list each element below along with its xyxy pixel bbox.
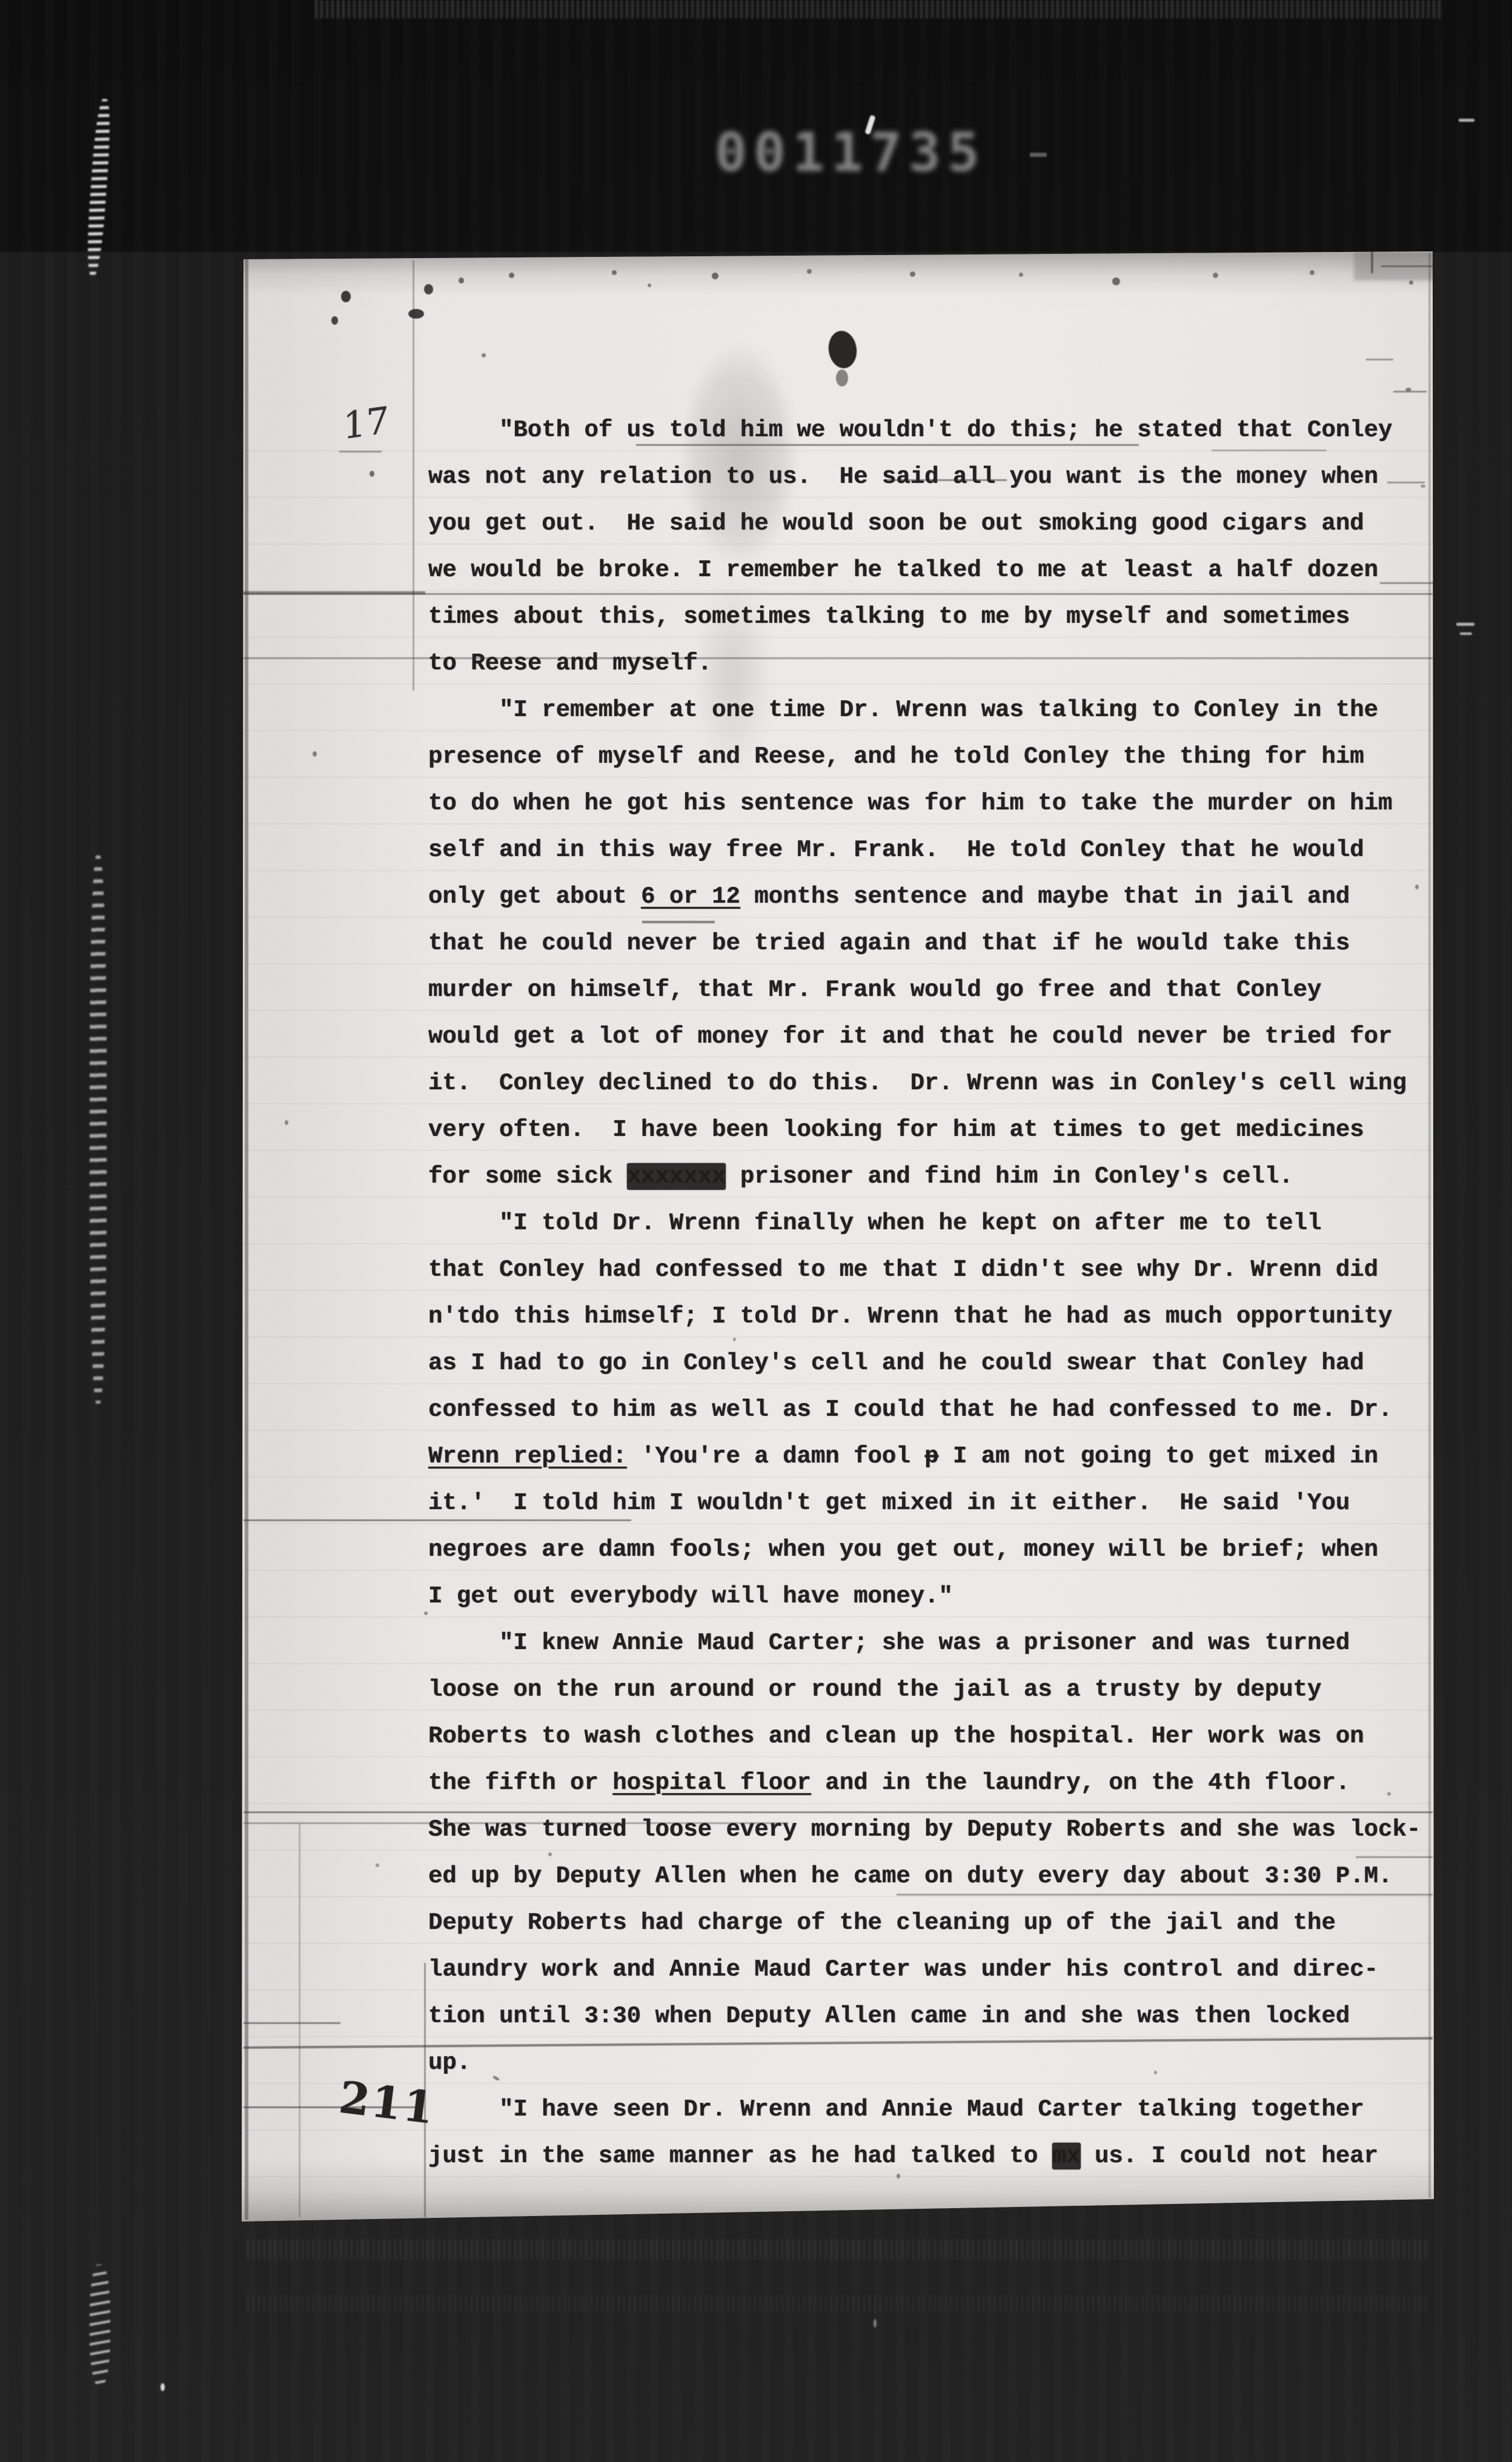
text-segment: "I told Dr. Wrenn finally when he kept o…: [428, 1210, 1321, 1236]
ink-speck: [807, 269, 812, 274]
text-segment: 'You're a damn fool ᵽ I am not going to …: [627, 1443, 1378, 1470]
text-segment: for some sick: [428, 1163, 627, 1190]
ink-speck: [1213, 273, 1218, 278]
ink-speck: [1154, 2071, 1157, 2074]
text-segment: "Both of us told him we wouldn't do this…: [428, 417, 1392, 443]
scan-artifact-line: [244, 2037, 1433, 2049]
text-segment: as I had to go in Conley's cell and he c…: [428, 1350, 1364, 1376]
text-segment: times about this, sometimes talking to m…: [428, 603, 1350, 630]
text-line: "I have seen Dr. Wrenn and Annie Maud Ca…: [428, 2086, 1421, 2133]
ink-speck: [897, 2174, 900, 2178]
ink-speck: [459, 277, 464, 284]
ink-speck: [1387, 1792, 1391, 1796]
underlined-text: hospital floor: [612, 1770, 811, 1796]
scan-artifact-line: [1366, 359, 1393, 360]
ink-speck: [492, 2075, 500, 2081]
text-line: it. Conley declined to do this. Dr. Wren…: [428, 1060, 1421, 1107]
text-segment: She was turned loose every morning by De…: [428, 1816, 1421, 1843]
text-segment: would get a lot of money for it and that…: [428, 1023, 1392, 1050]
ink-speck: [826, 329, 859, 370]
text-line: I get out everybody will have money.": [428, 1573, 1421, 1620]
scan-artifact-line: [1380, 582, 1433, 584]
scan-artifact-line: [339, 451, 382, 453]
ink-speck: [712, 273, 718, 279]
text-line: tion until 3:30 when Deputy Allen came i…: [428, 1993, 1421, 2040]
ink-speck: [509, 273, 514, 278]
text-line: to Reese and myself.: [428, 640, 1421, 687]
text-line: confessed to him as well as I could that…: [428, 1387, 1421, 1433]
scan-artifact-line: [642, 921, 715, 923]
text-segment: presence of myself and Reese, and he tol…: [428, 743, 1364, 770]
page-number-stamp: 211: [336, 2071, 438, 2134]
text-line: Wrenn replied: 'You're a damn fool ᵽ I a…: [428, 1433, 1421, 1480]
scan-artifact-line: [244, 2106, 419, 2108]
ink-speck: [733, 1338, 736, 1341]
platen-row-lines: [244, 405, 1433, 2192]
text-line: times about this, sometimes talking to m…: [428, 594, 1421, 640]
underlined-text: 6 or 12: [641, 883, 740, 910]
text-segment: confessed to him as well as I could that…: [428, 1396, 1392, 1423]
text-line: Roberts to wash clothes and clean up the…: [428, 1713, 1421, 1760]
text-line: you get out. He said he would soon be ou…: [428, 500, 1421, 547]
ink-speck: [313, 751, 317, 757]
text-line: "I remember at one time Dr. Wrenn was ta…: [428, 687, 1421, 734]
text-line: for some sick xxxxxxx prisoner and find …: [428, 1153, 1421, 1200]
scan-artifact-line: [244, 1519, 631, 1521]
text-line: presence of myself and Reese, and he tol…: [428, 734, 1421, 780]
scan-artifact-line: [897, 1894, 1433, 1896]
scan-artifact-line: [886, 479, 1007, 481]
text-line: the fifth or hospital floor and in the l…: [428, 1760, 1421, 1807]
film-grain-strip: [315, 0, 1442, 18]
ink-speck: [836, 370, 848, 387]
text-line: self and in this way free Mr. Frank. He …: [428, 827, 1421, 874]
ink-speck: [1409, 280, 1413, 285]
text-line: very often. I have been looking for him …: [428, 1107, 1421, 1153]
microfilm-frame: 0011735 17 211 "Both of us told him we w…: [0, 0, 1512, 2462]
ink-speck: [331, 316, 338, 325]
struck-out-word: mx: [1052, 2143, 1081, 2169]
film-edge-mark: [1460, 632, 1472, 635]
ink-speck: [648, 284, 651, 287]
ink-speck: [424, 1611, 428, 1615]
text-segment: self and in this way free Mr. Frank. He …: [428, 837, 1364, 863]
text-segment: to Reese and myself.: [428, 650, 712, 677]
text-segment: "I knew Annie Maud Carter; she was a pri…: [428, 1630, 1350, 1656]
scan-artifact-line: [1356, 1856, 1433, 1858]
text-line: "Both of us told him we wouldn't do this…: [428, 407, 1421, 454]
ink-speck: [1421, 485, 1425, 488]
scan-artifact-line: [299, 1823, 300, 2217]
film-edge-mark: [1030, 153, 1047, 157]
ink-speck: [376, 1863, 379, 1867]
text-line: up.: [428, 2040, 1421, 2086]
scan-artifact-line: [1393, 391, 1427, 393]
text-segment: it.' I told him I wouldn't get mixed in …: [428, 1490, 1350, 1516]
text-segment: us. I could not hear: [1081, 2143, 1378, 2169]
ink-speck: [1405, 388, 1411, 391]
text-line: would get a lot of money for it and that…: [428, 1014, 1421, 1060]
text-segment: laundry work and Annie Maud Carter was u…: [428, 1956, 1378, 1983]
ink-speck: [1415, 884, 1419, 889]
text-line: as I had to go in Conley's cell and he c…: [428, 1340, 1421, 1387]
ink-speck: [1019, 273, 1023, 277]
scan-artifact-line: [244, 591, 425, 594]
text-segment: was not any relation to us. He said all …: [428, 463, 1378, 490]
film-speck: [161, 2383, 165, 2391]
film-edge-mark: [1456, 623, 1474, 626]
paper-grain: [241, 251, 1436, 2223]
text-segment: negroes are damn fools; when you get out…: [428, 1536, 1378, 1563]
text-segment: just in the same manner as he had talked…: [428, 2143, 1052, 2169]
text-segment: prisoner and find him in Conley's cell.: [726, 1163, 1293, 1190]
text-line: murder on himself, that Mr. Frank would …: [428, 967, 1421, 1014]
text-segment: loose on the run around or round the jai…: [428, 1676, 1321, 1703]
ink-speck: [612, 270, 617, 275]
text-line: "I told Dr. Wrenn finally when he kept o…: [428, 1200, 1421, 1247]
text-segment: the fifth or: [428, 1770, 612, 1796]
text-line: Deputy Roberts had charge of the cleanin…: [428, 1900, 1421, 1946]
scan-artifact-line: [245, 259, 248, 2220]
film-speck: [874, 2319, 877, 2328]
text-line: ed up by Deputy Allen when he came on du…: [428, 1853, 1421, 1900]
ink-speck: [910, 271, 915, 277]
text-line: that Conley had confessed to me that I d…: [428, 1247, 1421, 1293]
underlined-text: Wrenn replied:: [428, 1443, 627, 1470]
text-segment: n'tdo this himself; I told Dr. Wrenn tha…: [428, 1303, 1392, 1330]
paper-shading: [1354, 251, 1436, 280]
ink-speck: [548, 1853, 552, 1856]
text-line: just in the same manner as he had talked…: [428, 2133, 1421, 2180]
text-segment: only get about: [428, 883, 641, 910]
text-line: "I knew Annie Maud Carter; she was a pri…: [428, 1620, 1421, 1667]
text-segment: "I have seen Dr. Wrenn and Annie Maud Ca…: [428, 2096, 1364, 2123]
text-segment: "I remember at one time Dr. Wrenn was ta…: [428, 697, 1378, 723]
text-line: was not any relation to us. He said all …: [428, 454, 1421, 500]
ink-speck: [1112, 277, 1120, 285]
margin-annotation: 17: [343, 399, 389, 448]
text-segment: I get out everybody will have money.": [428, 1583, 953, 1610]
text-line: that he could never be tried again and t…: [428, 920, 1421, 967]
scan-artifact-line: [244, 1811, 1433, 1813]
text-segment: Roberts to wash clothes and clean up the…: [428, 1723, 1364, 1750]
ink-speck: [1310, 270, 1315, 275]
text-segment: ed up by Deputy Allen when he came on du…: [428, 1863, 1392, 1890]
text-segment: we would be broke. I remember he talked …: [428, 557, 1378, 583]
text-segment: and in the laundry, on the 4th floor.: [811, 1770, 1350, 1796]
text-segment: that Conley had confessed to me that I d…: [428, 1256, 1378, 1283]
text-line: laundry work and Annie Maud Carter was u…: [428, 1946, 1421, 1993]
film-scratch: [90, 2265, 110, 2386]
scan-artifact-line: [244, 593, 1433, 595]
text-line: negroes are damn fools; when you get out…: [428, 1527, 1421, 1573]
frame-number-stamp: 0011735: [715, 121, 986, 184]
bleed-through-text: [247, 2239, 1430, 2260]
ink-speck: [408, 309, 424, 319]
text-line: loose on the run around or round the jai…: [428, 1667, 1421, 1713]
ink-speck: [424, 284, 433, 294]
struck-out-word: xxxxxxx: [627, 1163, 726, 1190]
photo-smudge: [660, 336, 818, 633]
film-edge-mark: [1459, 119, 1474, 122]
scan-artifact-line: [244, 1822, 789, 1824]
scan-artifact-line: [244, 2022, 340, 2024]
scan-artifact-line: [244, 657, 1433, 659]
text-segment: very often. I have been looking for him …: [428, 1117, 1364, 1143]
ink-speck: [341, 291, 351, 302]
scan-artifact-line: [636, 444, 1139, 446]
photo-smudge: [681, 545, 784, 806]
bleed-through-text: [247, 2295, 1430, 2312]
text-segment: murder on himself, that Mr. Frank would …: [428, 977, 1321, 1003]
text-line: it.' I told him I wouldn't get mixed in …: [428, 1480, 1421, 1527]
text-segment: to do when he got his sentence was for h…: [428, 790, 1392, 817]
text-segment: months sentence and maybe that in jail a…: [740, 883, 1350, 910]
scan-artifact-line: [1428, 253, 1431, 2198]
text-segment: tion until 3:30 when Deputy Allen came i…: [428, 2003, 1350, 2029]
text-segment: Deputy Roberts had charge of the cleanin…: [428, 1910, 1336, 1936]
ink-speck: [285, 1120, 288, 1125]
ink-speck: [370, 471, 374, 477]
ink-speck: [482, 353, 486, 357]
scan-artifact-line: [1371, 250, 1373, 273]
scan-artifact-line: [424, 1963, 426, 2217]
text-line: She was turned loose every morning by De…: [428, 1807, 1421, 1853]
scan-artifact-line: [1381, 265, 1433, 267]
scan-artifact-line: [1387, 482, 1425, 483]
text-segment: up.: [428, 2049, 471, 2076]
text-line: we would be broke. I remember he talked …: [428, 547, 1421, 594]
text-line: to do when he got his sentence was for h…: [428, 780, 1421, 827]
scan-artifact-line: [1212, 450, 1327, 451]
typewritten-text: "Both of us told him we wouldn't do this…: [428, 407, 1421, 2180]
text-segment: that he could never be tried again and t…: [428, 930, 1350, 957]
text-line: only get about 6 or 12 months sentence a…: [428, 874, 1421, 920]
text-line: n'tdo this himself; I told Dr. Wrenn tha…: [428, 1293, 1421, 1340]
text-segment: you get out. He said he would soon be ou…: [428, 510, 1364, 537]
text-segment: it. Conley declined to do this. Dr. Wren…: [428, 1070, 1407, 1097]
scan-artifact-line: [413, 260, 414, 691]
film-scratch: [90, 855, 107, 1404]
